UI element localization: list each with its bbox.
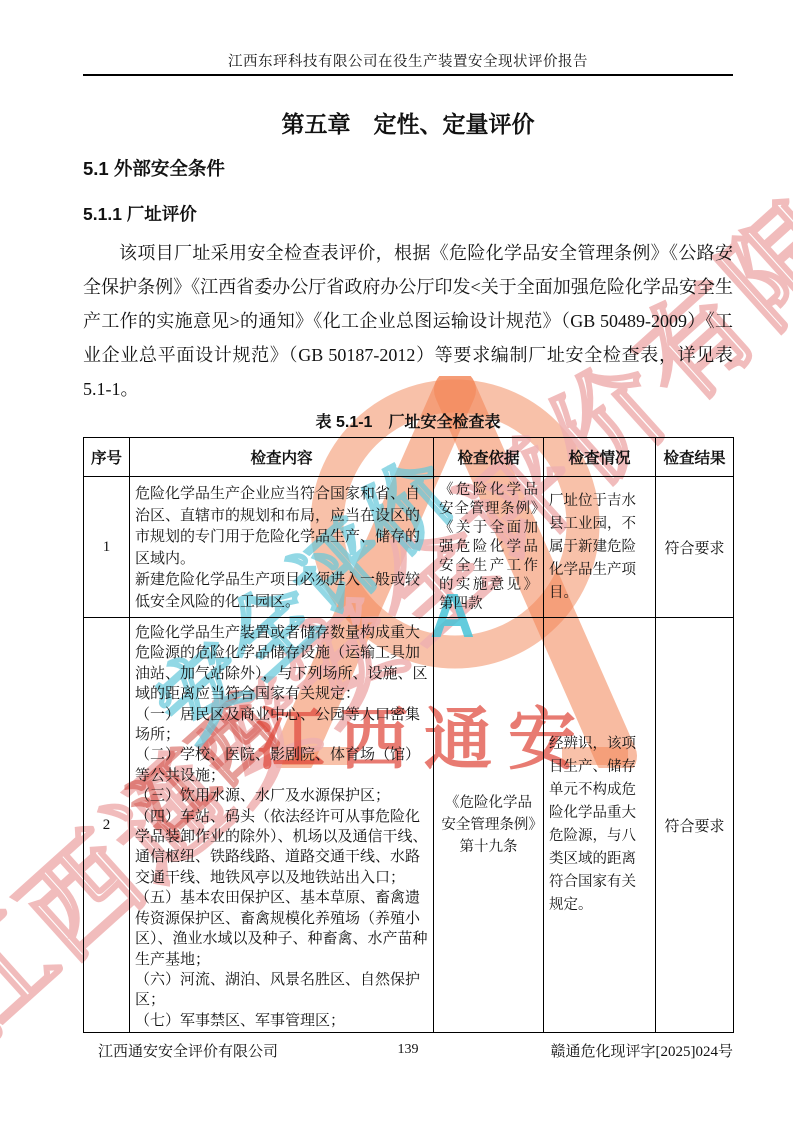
footer-doc-number: 赣通危化现评字[2025]024号: [551, 1040, 734, 1061]
cell-situation-2: 经辨识，该项目生产、储存单元不构成危险化学品重大危险源，与八类区域的距离符合国家…: [544, 618, 656, 1033]
cell-seq-2: 2: [84, 618, 130, 1033]
document-page: 江西通安安全评价有限公司 江西 安全评价 A 江西通安 江西东玶科技有限公司在役…: [0, 0, 793, 1122]
column-header-situation: 检查情况: [544, 438, 656, 477]
section-heading-5-1: 5.1 外部安全条件: [83, 155, 225, 181]
table-row-1: 1 危险化学品生产企业应当符合国家和省、自治区、直辖市的规划和布局，应当在设区的…: [84, 477, 734, 618]
body-paragraph: 该项目厂址采用安全检查表评价，根据《危险化学品安全管理条例》《公路安全保护条例》…: [83, 236, 733, 406]
cell-content-2: 危险化学品生产装置或者储存数量构成重大危险源的危险化学品储存设施（运输工具加油站…: [130, 618, 434, 1033]
cell-situation-1: 厂址位于吉水县工业园，不属于新建危险化学品生产项目。: [544, 477, 656, 618]
chapter-title: 第五章 定性、定量评价: [83, 106, 733, 139]
cell-basis-2: 《危险化学品安全管理条例》第十九条: [434, 618, 544, 1033]
cell-result-1: 符合要求: [656, 477, 734, 618]
cell-basis-1: 《危险化学品安全管理条例》《关于全面加强危险化学品安全生产工作的实施意见》第四款: [434, 477, 544, 618]
column-header-result: 检查结果: [656, 438, 734, 477]
table-header-row: 序号 检查内容 检查依据 检查情况 检查结果: [84, 438, 734, 477]
cell-seq-1: 1: [84, 477, 130, 618]
column-header-seq: 序号: [84, 438, 130, 477]
page-header-title: 江西东玶科技有限公司在役生产装置安全现状评价报告: [83, 50, 733, 71]
header-rule: [83, 74, 733, 76]
column-header-content: 检查内容: [130, 438, 434, 477]
cell-result-2: 符合要求: [656, 618, 734, 1033]
cell-content-1: 危险化学品生产企业应当符合国家和省、自治区、直辖市的规划和布局，应当在设区的市规…: [130, 477, 434, 618]
page-footer: 139 江西通安安全评价有限公司 赣通危化现评字[2025]024号: [83, 1040, 733, 1062]
subsection-heading-5-1-1: 5.1.1 厂址评价: [83, 201, 197, 226]
column-header-basis: 检查依据: [434, 438, 544, 477]
table-row-2: 2 危险化学品生产装置或者储存数量构成重大危险源的危险化学品储存设施（运输工具加…: [84, 618, 734, 1033]
table-caption: 表 5.1-1 厂址安全检查表: [83, 409, 733, 432]
site-safety-checklist-table: 序号 检查内容 检查依据 检查情况 检查结果 1 危险化学品生产企业应当符合国家…: [83, 437, 734, 1033]
footer-company: 江西通安安全评价有限公司: [98, 1040, 278, 1061]
page-content: 江西东玶科技有限公司在役生产装置安全现状评价报告 第五章 定性、定量评价 5.1…: [0, 0, 793, 1122]
